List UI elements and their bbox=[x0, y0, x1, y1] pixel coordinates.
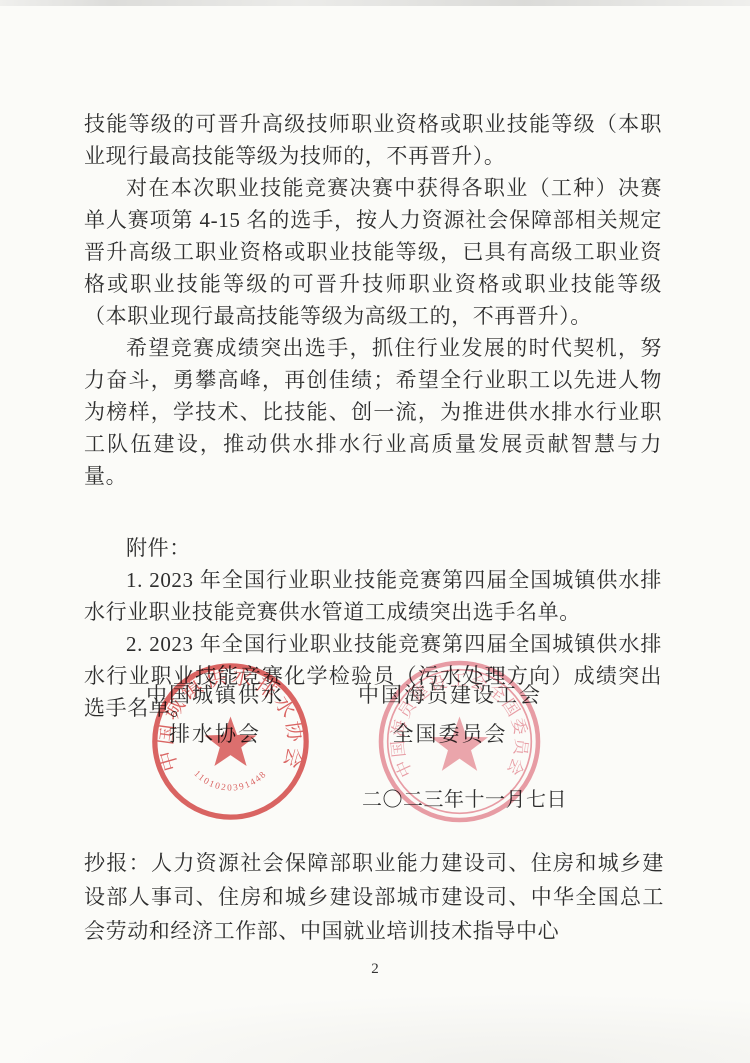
paragraph: 对在本次职业技能竞赛决赛中获得各职业（工种）决赛单人赛项第 4-15 名的选手，… bbox=[84, 172, 662, 332]
document-page: 技能等级的可晋升高级技师职业资格或职业技能等级（本职业现行最高技能等级为技师的，… bbox=[0, 0, 750, 1063]
seal-number-text-path: 1101020391448 bbox=[192, 769, 270, 793]
seal-star-icon bbox=[204, 717, 256, 767]
page-number: 2 bbox=[0, 961, 750, 978]
paragraph: 希望竞赛成绩突出选手，抓住行业发展的时代契机，努力奋斗，勇攀高峰，再创佳绩；希望… bbox=[84, 332, 662, 492]
right-official-seal: 中国海员建设工会全国委员会 bbox=[376, 658, 543, 825]
scan-edge-artifact bbox=[0, 0, 750, 6]
cc-recipients-line: 抄报：人力资源社会保障部职业能力建设司、住房和城乡建设部人事司、住房和城乡建设部… bbox=[84, 846, 664, 948]
left-official-seal: 中国城镇供水排水协会 1101020391448 bbox=[150, 661, 311, 822]
document-body: 技能等级的可晋升高级技师职业资格或职业技能等级（本职业现行最高技能等级为技师的，… bbox=[84, 108, 662, 724]
scan-noise-artifact bbox=[0, 993, 750, 1063]
seal-number: 1101020391448 bbox=[192, 769, 270, 793]
paragraph-continuation: 技能等级的可晋升高级技师职业资格或职业技能等级（本职业现行最高技能等级为技师的，… bbox=[84, 108, 662, 172]
seal-star-icon bbox=[431, 716, 488, 770]
attachment-item: 1. 2023 年全国行业职业技能竞赛第四届全国城镇供水排水行业职业技能竞赛供水… bbox=[84, 564, 662, 628]
attachments-label: 附件： bbox=[84, 532, 662, 564]
